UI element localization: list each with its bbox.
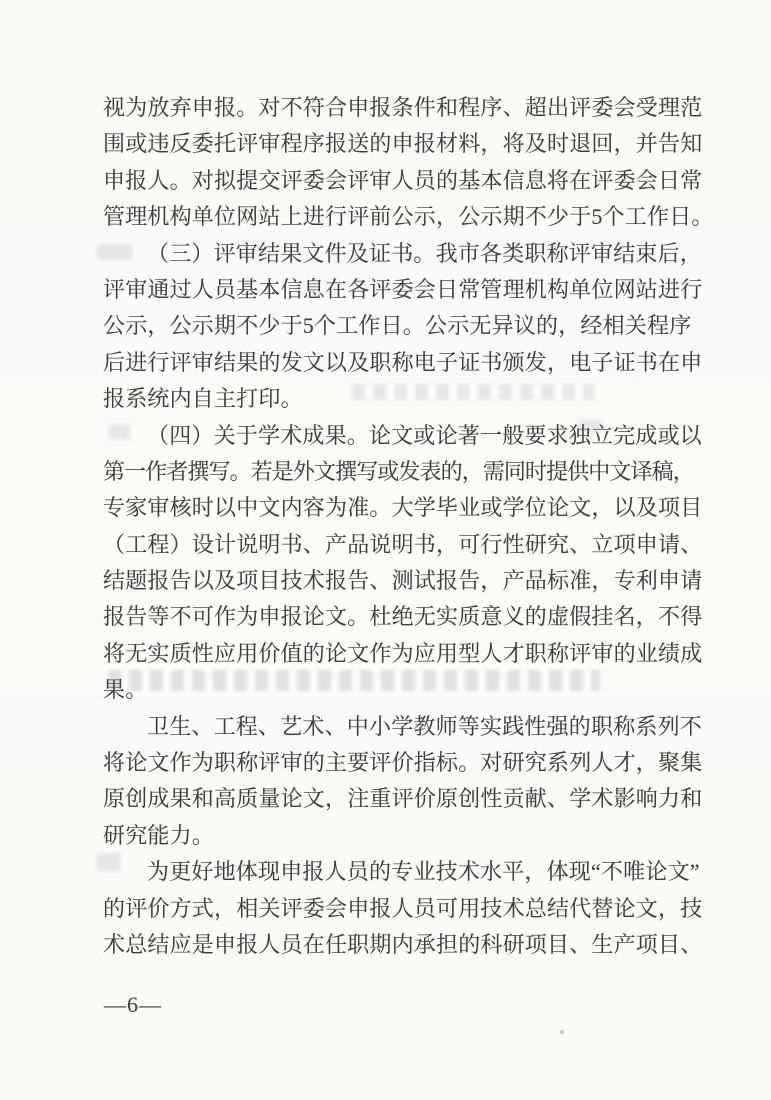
text-line: 果。 — [103, 672, 703, 708]
text-line-section-3-heading: （三）评审结果文件及证书。我市各类职称评审结束后， — [103, 236, 703, 272]
text-line: 将论文作为职称评审的主要评价指标。对研究系列人才，聚集 — [103, 745, 703, 781]
text-line-paragraph-start: 为更好地体现申报人员的专业技术水平，体现“不唯论文” — [103, 854, 703, 890]
text-line: 原创成果和高质量论文，注重评价原创性贡献、学术影响力和 — [103, 781, 703, 817]
document-text-block: 视为放弃申报。对不符合申报条件和程序、超出评委会受理范 围或违反委托评审程序报送… — [103, 90, 703, 963]
text-line: （工程）设计说明书、产品说明书，可行性研究、立项申请、 — [103, 527, 703, 563]
text-line: 的评价方式，相关评委会申报人员可用技术总结代替论文，技 — [103, 891, 703, 927]
text-line: 术总结应是申报人员在任职期内承担的科研项目、生产项目、 — [103, 927, 703, 963]
text-line: 评审通过人员基本信息在各评委会日常管理机构单位网站进行 — [103, 272, 703, 308]
text-line: 围或违反委托评审程序报送的申报材料，将及时退回，并告知 — [103, 126, 703, 162]
text-line: 公示，公示期不少于5个工作日。公示无异议的，经相关程序 — [103, 308, 703, 344]
text-line: 研究能力。 — [103, 818, 703, 854]
scan-speck — [560, 1030, 564, 1034]
scanned-document-page: 视为放弃申报。对不符合申报条件和程序、超出评委会受理范 围或违反委托评审程序报送… — [0, 0, 771, 1100]
text-line: 第一作者撰写。若是外文撰写或发表的，需同时提供中文译稿， — [103, 454, 703, 490]
text-line: 申报人。对拟提交评委会评审人员的基本信息将在评委会日常 — [103, 163, 703, 199]
text-line-section-4-heading: （四）关于学术成果。论文或论著一般要求独立完成或以 — [103, 418, 703, 454]
text-line: 报系统内自主打印。 — [103, 381, 703, 417]
text-line: 结题报告以及项目技术报告、测试报告，产品标准，专利申请 — [103, 563, 703, 599]
text-line: 后进行评审结果的发文以及职称电子证书颁发，电子证书在申 — [103, 345, 703, 381]
text-line-paragraph-start: 卫生、工程、艺术、中小学教师等实践性强的职称系列不 — [103, 709, 703, 745]
text-line: 报告等不可作为申报论文。杜绝无实质意义的虚假挂名，不得 — [103, 599, 703, 635]
text-line: 管理机构单位网站上进行评前公示，公示期不少于5个工作日。 — [103, 199, 703, 235]
text-line: 将无实质性应用价值的论文作为应用型人才职称评审的业绩成 — [103, 636, 703, 672]
page-number: —6— — [104, 992, 162, 1018]
text-line: 视为放弃申报。对不符合申报条件和程序、超出评委会受理范 — [103, 90, 703, 126]
text-line: 专家审核时以中文内容为准。大学毕业或学位论文，以及项目 — [103, 490, 703, 526]
